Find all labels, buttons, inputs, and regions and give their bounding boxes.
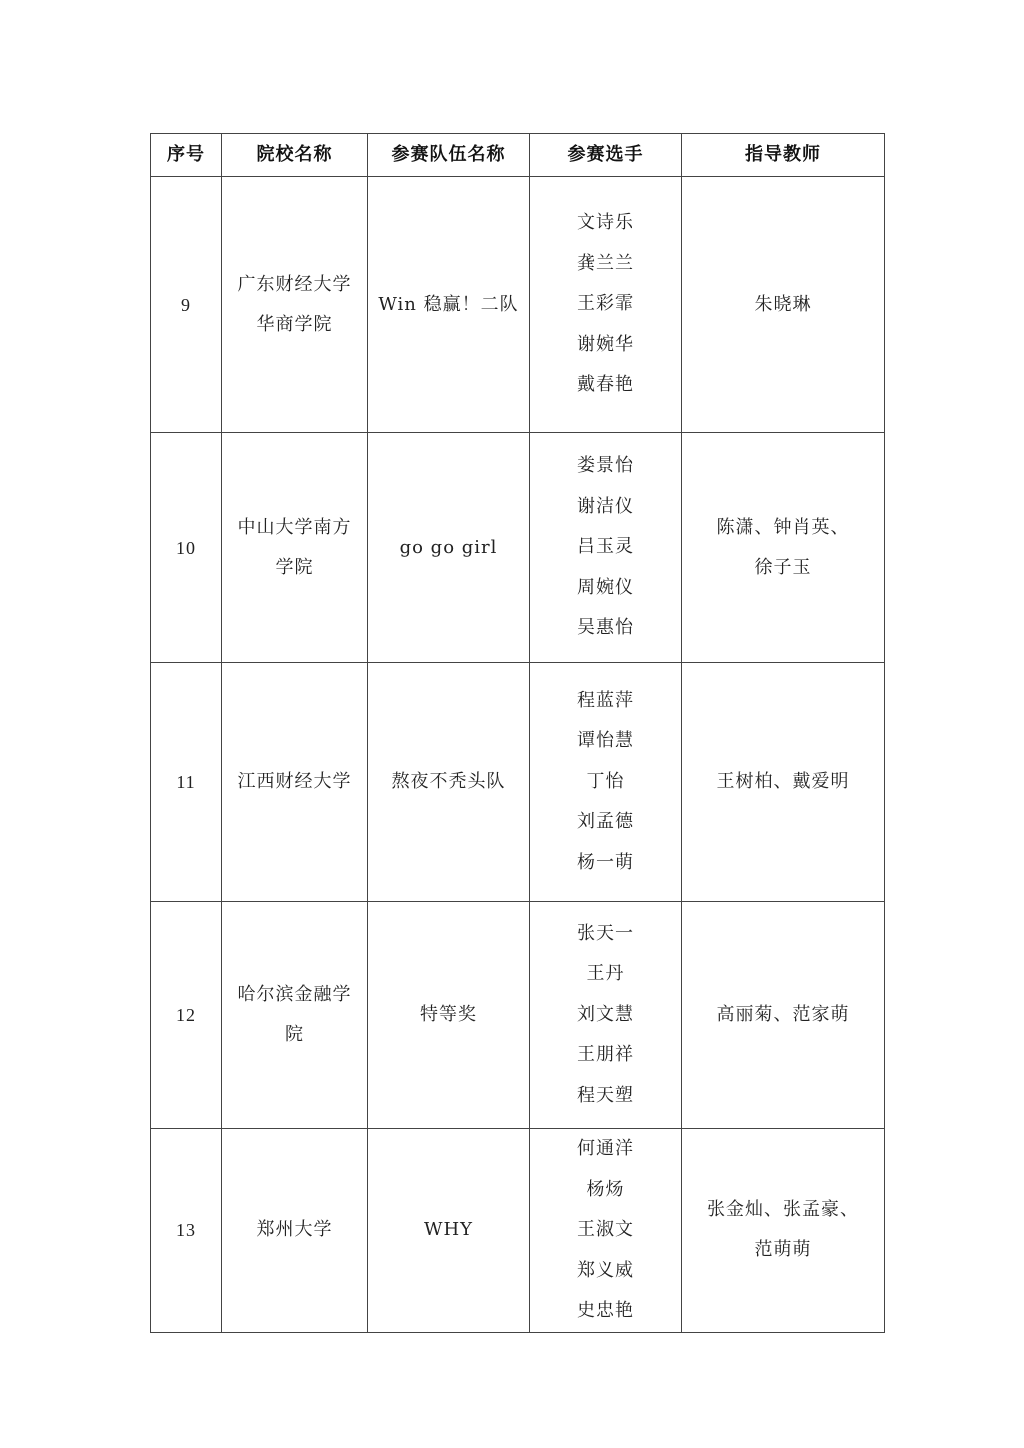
school-cell: 哈尔滨金融学 院 xyxy=(222,902,368,1129)
player-names: 何通洋 杨炀 王淑文 郑义威 史忠艳 xyxy=(536,1129,675,1332)
teachers-cell: 张金灿、张孟豪、 范萌萌 xyxy=(682,1129,885,1333)
team-name: Win 稳赢！二队 xyxy=(374,285,523,325)
teachers-cell: 王树柏、戴爱明 xyxy=(682,663,885,902)
teachers-cell: 高丽菊、范家萌 xyxy=(682,902,885,1129)
row-index-text: 10 xyxy=(157,528,215,568)
header-teachers: 指导教师 xyxy=(682,134,885,177)
teachers-cell: 朱晓琳 xyxy=(682,177,885,433)
team-name: go go girl xyxy=(374,528,523,568)
row-index-text: 12 xyxy=(157,995,215,1035)
players-cell: 何通洋 杨炀 王淑文 郑义威 史忠艳 xyxy=(530,1129,682,1333)
row-index-text: 11 xyxy=(157,762,215,802)
team-cell: WHY xyxy=(368,1129,530,1333)
school-name: 哈尔滨金融学 院 xyxy=(228,975,361,1055)
table-header-row: 序号 院校名称 参赛队伍名称 参赛选手 指导教师 xyxy=(151,134,885,177)
player-names: 文诗乐 龚兰兰 王彩霏 谢婉华 戴春艳 xyxy=(536,203,675,406)
school-name: 广东财经大学 华商学院 xyxy=(228,265,361,345)
players-cell: 娄景怡 谢洁仪 吕玉灵 周婉仪 吴惠怡 xyxy=(530,433,682,663)
school-name: 江西财经大学 xyxy=(228,762,361,802)
table-row: 11 江西财经大学 熬夜不秃头队 程蓝萍 谭怡慧 丁怡 刘孟德 杨一萌 王树柏、… xyxy=(151,663,885,902)
team-roster-table: 序号 院校名称 参赛队伍名称 参赛选手 指导教师 9 广东财经大学 华商学院 W… xyxy=(150,133,885,1333)
row-index: 13 xyxy=(151,1129,222,1333)
header-team: 参赛队伍名称 xyxy=(368,134,530,177)
team-cell: 熬夜不秃头队 xyxy=(368,663,530,902)
school-name: 中山大学南方 学院 xyxy=(228,508,361,588)
team-cell: go go girl xyxy=(368,433,530,663)
team-cell: Win 稳赢！二队 xyxy=(368,177,530,433)
row-index-text: 9 xyxy=(157,285,215,325)
teacher-names: 王树柏、戴爱明 xyxy=(688,762,878,802)
header-index: 序号 xyxy=(151,134,222,177)
player-names: 张天一 王丹 刘文慧 王朋祥 程天塑 xyxy=(536,914,675,1117)
table-row: 12 哈尔滨金融学 院 特等奖 张天一 王丹 刘文慧 王朋祥 程天塑 高丽菊、范… xyxy=(151,902,885,1129)
teacher-names: 朱晓琳 xyxy=(688,285,878,325)
row-index: 11 xyxy=(151,663,222,902)
team-name: WHY xyxy=(374,1210,523,1250)
player-names: 程蓝萍 谭怡慧 丁怡 刘孟德 杨一萌 xyxy=(536,681,675,884)
players-cell: 文诗乐 龚兰兰 王彩霏 谢婉华 戴春艳 xyxy=(530,177,682,433)
player-names: 娄景怡 谢洁仪 吕玉灵 周婉仪 吴惠怡 xyxy=(536,446,675,649)
header-players: 参赛选手 xyxy=(530,134,682,177)
row-index: 12 xyxy=(151,902,222,1129)
row-index: 9 xyxy=(151,177,222,433)
teachers-cell: 陈潇、钟肖英、 徐子玉 xyxy=(682,433,885,663)
row-index-text: 13 xyxy=(157,1210,215,1250)
row-index: 10 xyxy=(151,433,222,663)
header-school: 院校名称 xyxy=(222,134,368,177)
team-name: 熬夜不秃头队 xyxy=(374,762,523,802)
school-name: 郑州大学 xyxy=(228,1210,361,1250)
school-cell: 江西财经大学 xyxy=(222,663,368,902)
school-cell: 郑州大学 xyxy=(222,1129,368,1333)
table-row: 9 广东财经大学 华商学院 Win 稳赢！二队 文诗乐 龚兰兰 王彩霏 谢婉华 … xyxy=(151,177,885,433)
team-name: 特等奖 xyxy=(374,995,523,1035)
teacher-names: 陈潇、钟肖英、 徐子玉 xyxy=(688,508,878,588)
table-row: 13 郑州大学 WHY 何通洋 杨炀 王淑文 郑义威 史忠艳 张金灿、张孟豪、 … xyxy=(151,1129,885,1333)
school-cell: 中山大学南方 学院 xyxy=(222,433,368,663)
players-cell: 张天一 王丹 刘文慧 王朋祥 程天塑 xyxy=(530,902,682,1129)
teacher-names: 高丽菊、范家萌 xyxy=(688,995,878,1035)
players-cell: 程蓝萍 谭怡慧 丁怡 刘孟德 杨一萌 xyxy=(530,663,682,902)
team-cell: 特等奖 xyxy=(368,902,530,1129)
school-cell: 广东财经大学 华商学院 xyxy=(222,177,368,433)
table-row: 10 中山大学南方 学院 go go girl 娄景怡 谢洁仪 吕玉灵 周婉仪 … xyxy=(151,433,885,663)
teacher-names: 张金灿、张孟豪、 范萌萌 xyxy=(688,1190,878,1270)
